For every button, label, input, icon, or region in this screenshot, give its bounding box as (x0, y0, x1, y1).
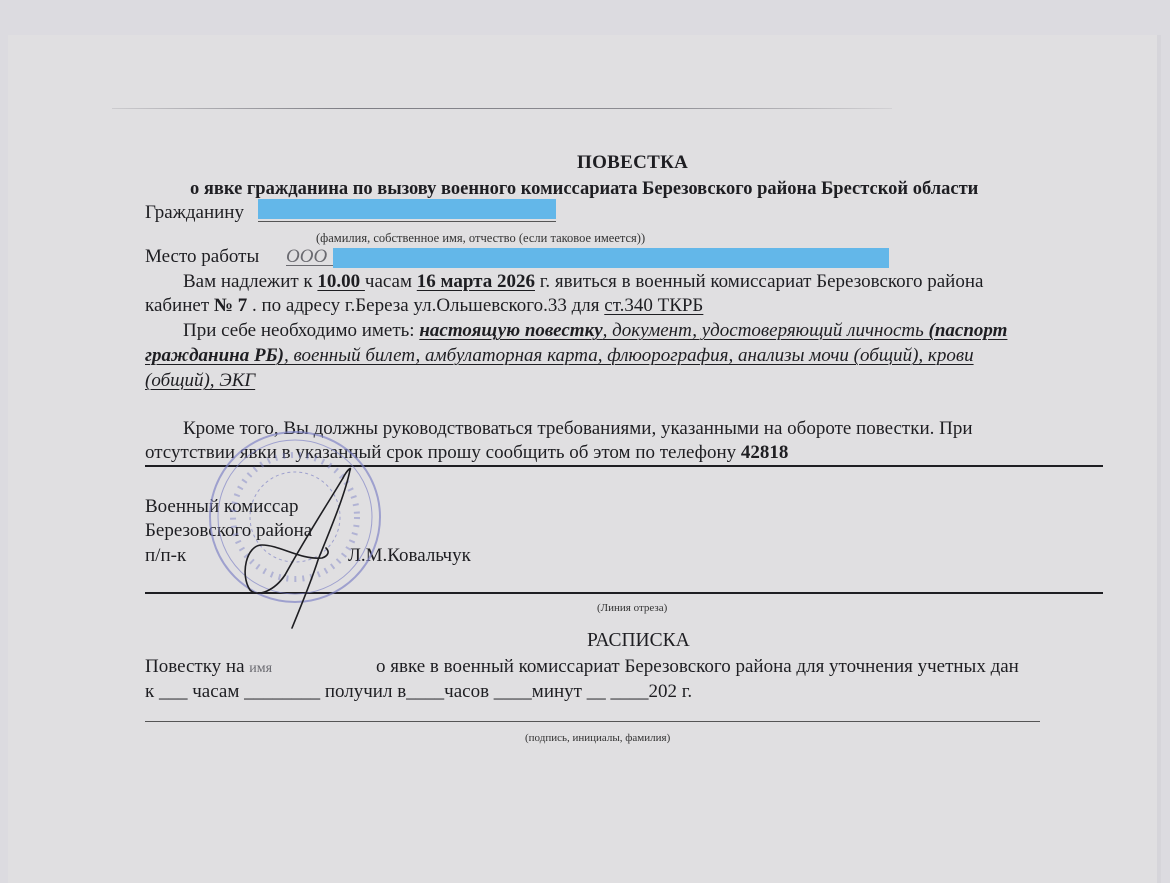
top-rule (112, 108, 892, 109)
separator-rule (145, 465, 1103, 467)
summons-line-2: кабинет № 7 . по адресу г.Береза ул.Ольш… (145, 295, 703, 317)
bring-line-2: гражданина РБ), военный билет, амбулатор… (145, 345, 974, 367)
cut-line (145, 592, 1103, 594)
citizen-hint: (фамилия, собственное имя, отчество (есл… (316, 227, 645, 249)
appointment-time: 10.00 (317, 271, 365, 292)
bring-line-3: (общий), ЭКГ (145, 370, 255, 392)
signatory-title: Военный комиссар (145, 496, 298, 518)
summons-line-1: Вам надлежит к 10.00 часам 16 марта 2026… (183, 271, 983, 293)
notice-line-1: Кроме того, Вы должны руководствоваться … (183, 418, 973, 440)
citizen-label: Гражданину (145, 202, 244, 224)
receipt-signature-hint: (подпись, инициалы, фамилия) (525, 727, 670, 749)
signatory-district: Березовского района (145, 520, 312, 542)
signatory-name: Л.М.Ковальчук (348, 545, 471, 567)
receipt-signature-line (145, 721, 1040, 722)
citizen-underline (258, 221, 556, 222)
notice-line-2: отсутствии явки в указанный срок прошу с… (145, 442, 788, 464)
citizen-name-redaction (258, 199, 556, 219)
document-subtitle: о явке гражданина по вызову военного ком… (190, 178, 978, 200)
signatory-rank: п/п-к (145, 545, 186, 567)
document-title: ПОВЕСТКА (577, 152, 688, 174)
receipt-line-1: Повестку на имя (145, 656, 272, 680)
bring-item-summons: настоящую повестку (419, 320, 602, 341)
appointment-date: 16 марта 2026 (417, 271, 535, 292)
workplace-redaction (333, 248, 889, 268)
receipt-line-1-rest: о явке в военный комиссариат Березовског… (376, 656, 1019, 678)
contact-phone: 42818 (741, 442, 789, 463)
receipt-title: РАСПИСКА (587, 630, 690, 652)
room-number: № 7 (214, 295, 247, 316)
cut-line-label: (Линия отреза) (597, 597, 667, 619)
receipt-line-2: к ___ часам ________ получил в____часов … (145, 681, 692, 703)
bring-line-1: При себе необходимо иметь: настоящую пов… (183, 320, 1007, 342)
legal-article: ст.340 ТКРБ (604, 295, 703, 316)
workplace-label: Место работы (145, 246, 259, 268)
